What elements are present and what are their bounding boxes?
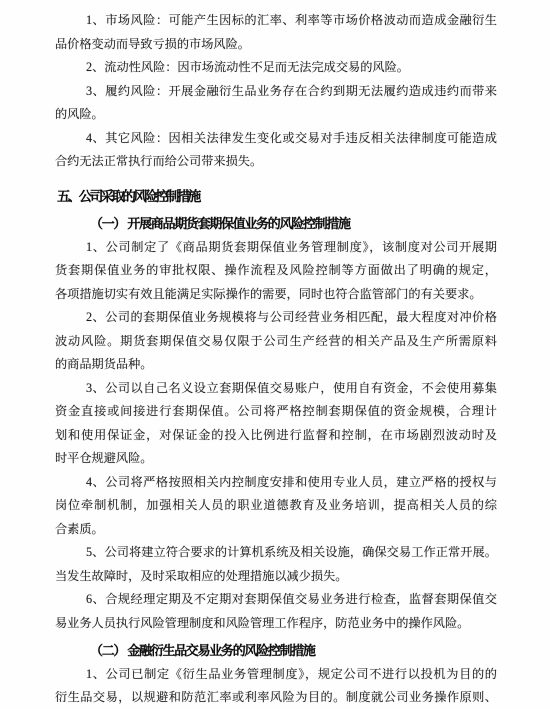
- paragraph: 6、合规经理定期及不定期对套期保值交易业务进行检查，监督套期保值交易业务人员执行…: [55, 588, 497, 635]
- text-line: 3、履约风险：开展金融衍生品业务存在合约到期无法履约造成违约而带来: [55, 80, 497, 104]
- document-page: 1、市场风险：可能产生因标的汇率、利率等市场价格波动而造成金融衍生品价格变动而导…: [0, 0, 550, 709]
- text-line: 1、公司制定了《商品期货套期保值业务管理制度》，该制度对公司开展期: [55, 236, 497, 260]
- subsection-heading: （二） 金融衍生品交易业务的风险控制措施: [90, 639, 497, 663]
- paragraph: 1、公司已制定《衍生品业务管理制度》，规定公司不进行以投机为目的的衍生品交易，以…: [55, 663, 497, 709]
- text-line: 划和使用保证金，对保证金的投入比例进行监督和控制，在市场剧烈波动时及: [55, 424, 497, 448]
- text-line: 资金直接或间接进行套期保值。公司将严格控制套期保值的资金规模，合理计: [55, 400, 497, 424]
- text-line: 合素质。: [55, 518, 497, 542]
- text-line: 5、公司将建立符合要求的计算机系统及相关设施，确保交易工作正常开展。: [55, 541, 497, 565]
- text-line: 的风险。: [55, 103, 497, 127]
- paragraph: 2、公司的套期保值业务规模将与公司经营业务相匹配，最大程度对冲价格波动风险。期货…: [55, 306, 497, 377]
- text-line: 波动风险。期货套期保值交易仅限于公司生产经营的相关产品及生产所需原料: [55, 330, 497, 354]
- text-line: 4、公司将严格按照相关内控制度安排和使用专业人员，建立严格的授权与: [55, 471, 497, 495]
- paragraph: 1、市场风险：可能产生因标的汇率、利率等市场价格波动而造成金融衍生品价格变动而导…: [55, 9, 497, 56]
- paragraph: 5、公司将建立符合要求的计算机系统及相关设施，确保交易工作正常开展。当发生故障时…: [55, 541, 497, 588]
- text-line: 合约无法正常执行而给公司带来损失。: [55, 150, 497, 174]
- text-line: 易业务人员执行风险管理制度和风险管理工作程序，防范业务中的操作风险。: [55, 612, 497, 636]
- subsection-heading: （一） 开展商品期货套期保值业务的风险控制措施: [90, 212, 497, 236]
- text-line: 2、流动性风险：因市场流动性不足而无法完成交易的风险。: [55, 56, 497, 80]
- text-line: 1、公司已制定《衍生品业务管理制度》，规定公司不进行以投机为目的的: [55, 663, 497, 687]
- paragraph: 2、流动性风险：因市场流动性不足而无法完成交易的风险。: [55, 56, 497, 80]
- paragraph: 4、公司将严格按照相关内控制度安排和使用专业人员，建立严格的授权与岗位牵制机制，…: [55, 471, 497, 542]
- text-line: 衍生品交易，以规避和防范汇率或利率风险为目的。制度就公司业务操作原则、: [55, 686, 497, 709]
- text-line: 当发生故障时，及时采取相应的处理措施以减少损失。: [55, 565, 497, 589]
- paragraph: 4、其它风险：因相关法律发生变化或交易对手违反相关法律制度可能造成合约无法正常执…: [55, 127, 497, 174]
- text-line: 货套期保值业务的审批权限、操作流程及风险控制等方面做出了明确的规定，: [55, 259, 497, 283]
- text-line: 岗位牵制机制，加强相关人员的职业道德教育及业务培训，提高相关人员的综: [55, 494, 497, 518]
- text-line: 品价格变动而导致亏损的市场风险。: [55, 33, 497, 57]
- text-line: 各项措施切实有效且能满足实际操作的需要，同时也符合监管部门的有关要求。: [55, 283, 497, 307]
- section-heading: 五、公司采取的风险控制措施: [57, 185, 497, 209]
- text-line: 6、合规经理定期及不定期对套期保值交易业务进行检查，监督套期保值交: [55, 588, 497, 612]
- document-text: 1、市场风险：可能产生因标的汇率、利率等市场价格波动而造成金融衍生品价格变动而导…: [55, 9, 497, 709]
- text-line: 3、公司以自己名义设立套期保值交易账户，使用自有资金，不会使用募集: [55, 377, 497, 401]
- text-line: 的商品期货品种。: [55, 353, 497, 377]
- paragraph: 3、公司以自己名义设立套期保值交易账户，使用自有资金，不会使用募集资金直接或间接…: [55, 377, 497, 471]
- paragraph: 3、履约风险：开展金融衍生品业务存在合约到期无法履约造成违约而带来的风险。: [55, 80, 497, 127]
- text-line: 2、公司的套期保值业务规模将与公司经营业务相匹配，最大程度对冲价格: [55, 306, 497, 330]
- text-line: 4、其它风险：因相关法律发生变化或交易对手违反相关法律制度可能造成: [55, 127, 497, 151]
- text-line: 时平仓规避风险。: [55, 447, 497, 471]
- paragraph: 1、公司制定了《商品期货套期保值业务管理制度》，该制度对公司开展期货套期保值业务…: [55, 236, 497, 307]
- text-line: 1、市场风险：可能产生因标的汇率、利率等市场价格波动而造成金融衍生: [55, 9, 497, 33]
